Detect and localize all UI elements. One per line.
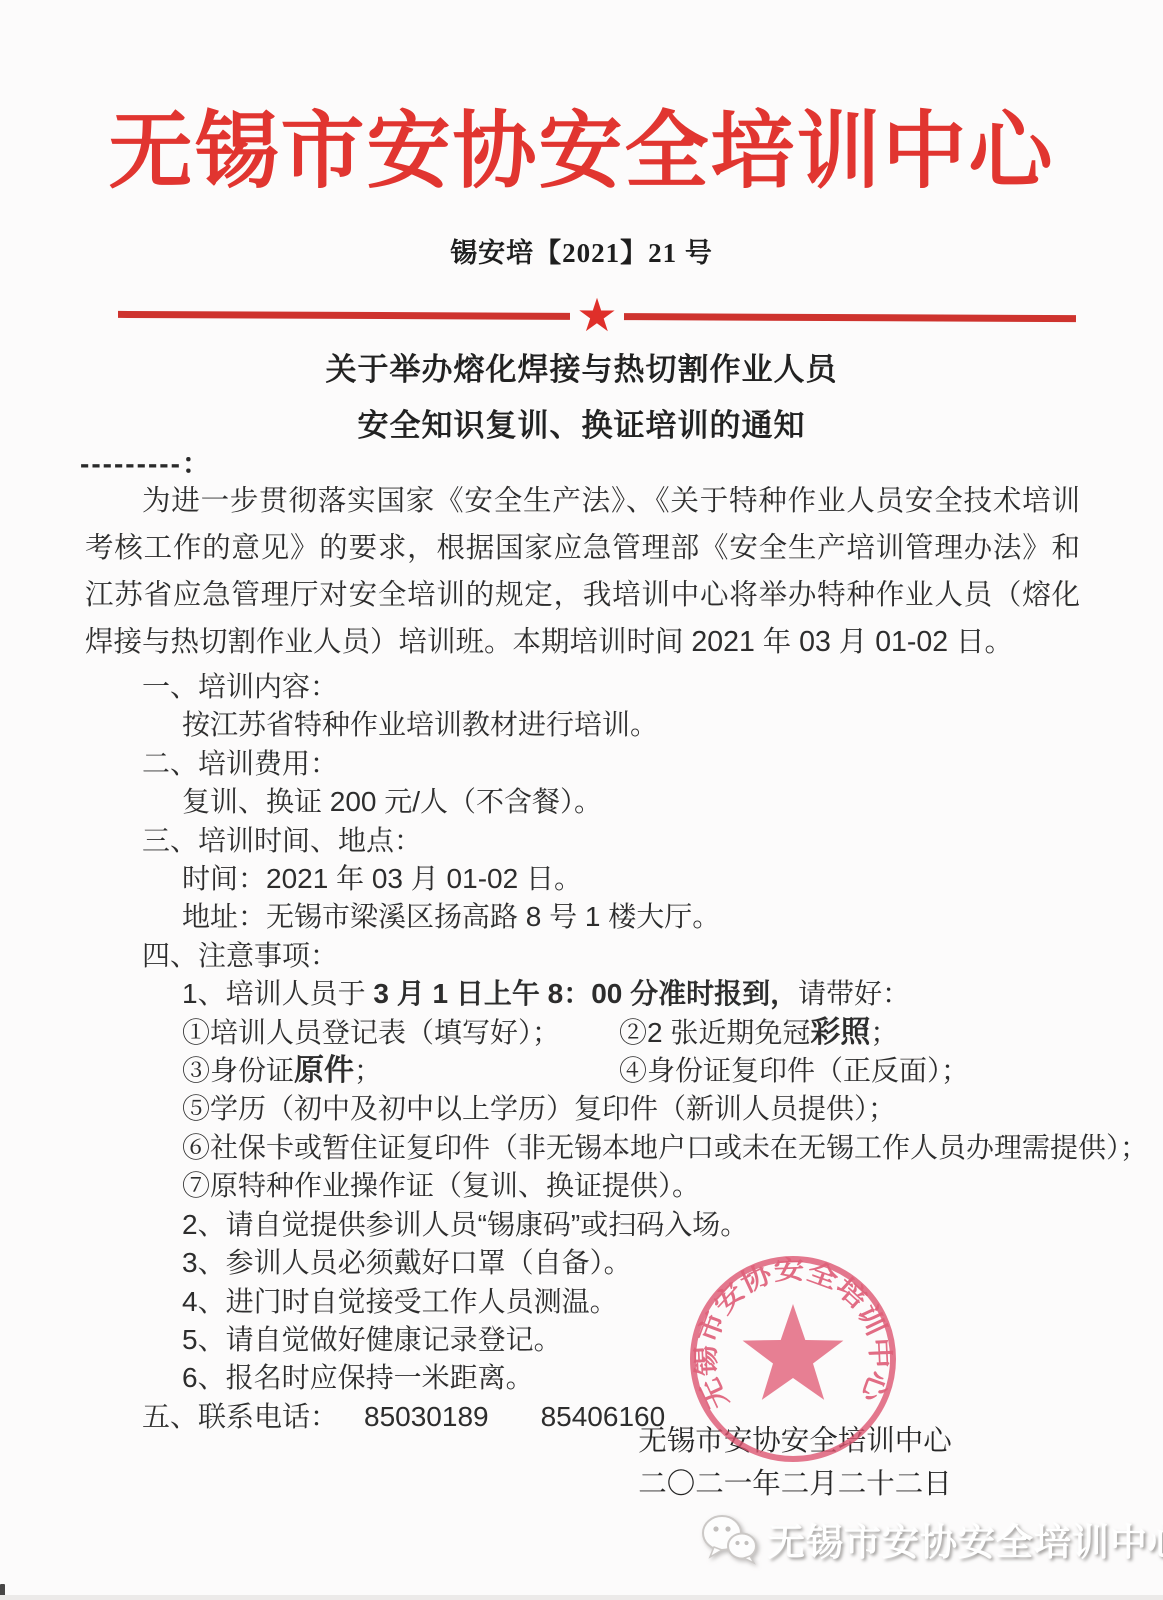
section3-heading: 三、培训时间、地点：	[142, 822, 1085, 860]
scan-edge-strip	[0, 1595, 1163, 1600]
wechat-icon	[700, 1513, 758, 1565]
note1-prefix: 1、培训人员于	[182, 978, 373, 1009]
checklist-item-6: ⑥社保卡或暂住证复印件（非无锡本地户口或未在无锡工作人员办理需提供）；	[182, 1129, 1085, 1167]
checklist-item-2: ②2 张近期免冠彩照；	[619, 1014, 898, 1052]
item2-suffix: ；	[870, 1017, 898, 1048]
phone-number-1: 85030189	[364, 1401, 489, 1432]
section3-time: 时间：2021 年 03 月 01-02 日。	[182, 860, 1085, 898]
salutation-dashes: ---------：	[80, 442, 212, 482]
note1-bold: 3 月 1 日上午 8：00 分准时报到，	[373, 978, 798, 1009]
note-item-5: 5、请自觉做好健康记录登记。	[182, 1321, 1085, 1359]
note-item-3: 3、参训人员必须戴好口罩（自备）。	[182, 1244, 1085, 1282]
checklist-item-1: ①培训人员登记表（填写好）；	[182, 1014, 619, 1052]
watermark-text: 无锡市安协安全培训中心	[768, 1512, 1163, 1566]
scanned-notice-page: 无锡市安协安全培训中心 锡安培【2021】21 号 ★ 关于举办熔化焊接与热切割…	[0, 0, 1163, 1600]
section1-heading: 一、培训内容：	[142, 668, 1085, 706]
item2-bold: 彩照	[810, 1016, 870, 1049]
wechat-watermark: 无锡市安协安全培训中心	[700, 1512, 1163, 1566]
checklist-row-1: ①培训人员登记表（填写好）； ②2 张近期免冠彩照；	[182, 1014, 1085, 1052]
org-title: 无锡市安协安全培训中心	[0, 98, 1163, 208]
red-divider: ★	[118, 290, 1076, 342]
document-number: 锡安培【2021】21 号	[0, 231, 1163, 270]
note-item-6: 6、报名时应保持一米距离。	[182, 1359, 1085, 1397]
note1-suffix: 请带好：	[798, 978, 910, 1009]
item2-prefix: ②2 张近期免冠	[619, 1017, 810, 1048]
section3-address: 地址：无锡市梁溪区扬高路 8 号 1 楼大厅。	[182, 898, 1085, 936]
item3-prefix: ③身份证	[182, 1055, 294, 1086]
contact-label: 五、联系电话：	[142, 1401, 338, 1432]
checklist-item-3: ③身份证原件；	[182, 1052, 619, 1090]
notice-body-list: 一、培训内容： 按江苏省特种作业培训教材进行培训。 二、培训费用： 复训、换证 …	[85, 668, 1085, 1436]
checklist-item-4: ④身份证复印件（正反面）；	[619, 1052, 969, 1090]
checklist-item-5: ⑤学历（初中及初中以上学历）复印件（新训人员提供）；	[182, 1090, 1085, 1128]
item3-suffix: ；	[354, 1055, 382, 1086]
notice-title-line2: 安全知识复训、换证培训的通知	[0, 400, 1163, 445]
section4-heading: 四、注意事项：	[142, 937, 1085, 975]
divider-line-right	[624, 313, 1076, 322]
section2-heading: 二、培训费用：	[142, 745, 1085, 783]
signature-date: 二〇二一年二月二十二日	[622, 1463, 968, 1506]
star-icon: ★	[576, 292, 617, 338]
note-item-1: 1、培训人员于 3 月 1 日上午 8：00 分准时报到，请带好：	[182, 975, 1085, 1013]
signature-block: 无锡市安协安全培训中心 二〇二一年二月二十二日	[622, 1420, 968, 1506]
divider-line-left	[118, 310, 570, 319]
note-item-4: 4、进门时自觉接受工作人员测温。	[182, 1283, 1085, 1321]
signature-org: 无锡市安协安全培训中心	[622, 1420, 968, 1463]
checklist-item-7: ⑦原特种作业操作证（复训、换证提供）。	[182, 1167, 1085, 1205]
note-item-2: 2、请自觉提供参训人员“锡康码”或扫码入场。	[182, 1206, 1085, 1244]
section2-item: 复训、换证 200 元/人（不含餐）。	[182, 783, 1085, 821]
checklist-row-2: ③身份证原件； ④身份证复印件（正反面）；	[182, 1052, 1085, 1090]
notice-title-line1: 关于举办熔化焊接与热切割作业人员	[0, 344, 1163, 389]
intro-paragraph: 为进一步贯彻落实国家《安全生产法》、《关于特种作业人员安全技术培训考核工作的意见…	[85, 478, 1080, 666]
item3-bold: 原件	[294, 1054, 354, 1087]
section1-item: 按江苏省特种作业培训教材进行培训。	[182, 706, 1085, 744]
